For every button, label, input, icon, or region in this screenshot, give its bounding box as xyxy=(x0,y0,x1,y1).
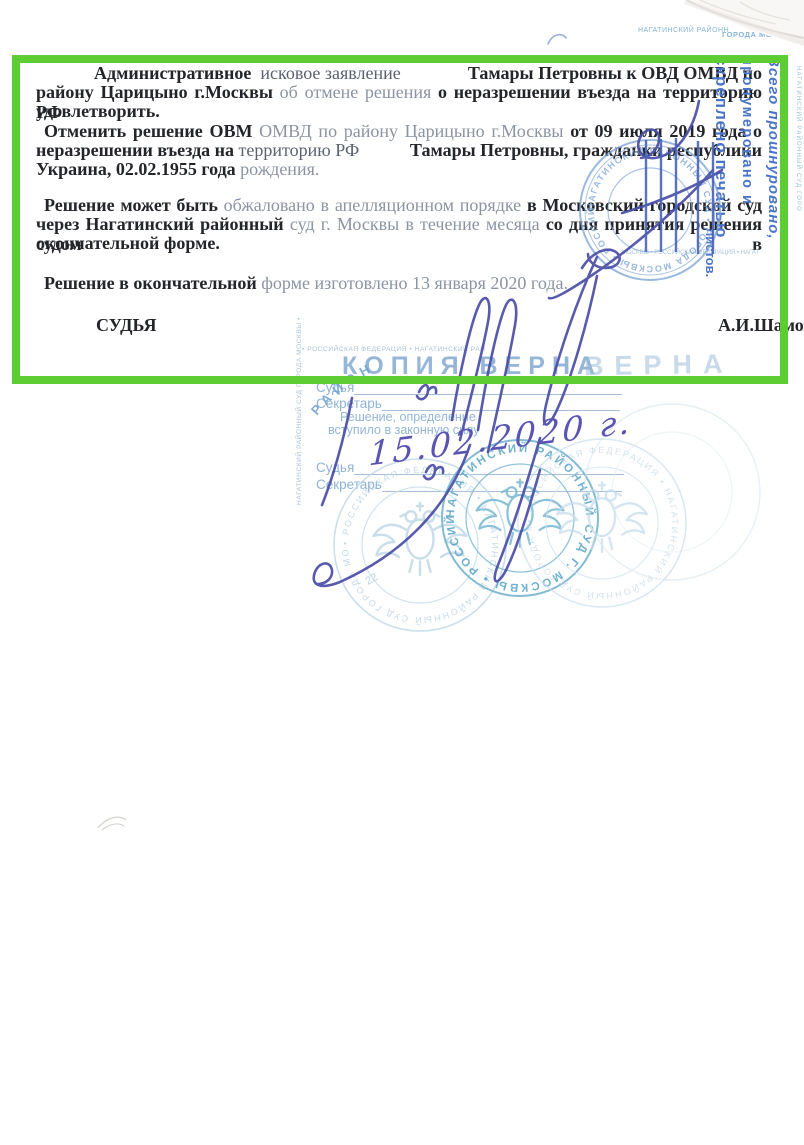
text-segment: Отменить решение ОВМ xyxy=(44,121,252,141)
binding-stamp-line: пронумеровано и xyxy=(734,56,760,271)
judge-signature-row: СУДЬЯ А.И.Шамова xyxy=(36,315,804,335)
binding-stamp-sheets-label: листов. xyxy=(703,228,718,277)
appeal-line-1: Решение может быть обжаловано в апелляци… xyxy=(36,195,762,215)
secretary-field-label: Секретарь xyxy=(316,477,382,492)
copy-stamp-judge-row-2: Судья xyxy=(316,460,624,475)
decision-line-3: удовлетворить. xyxy=(36,101,762,121)
text-segment: через Нагатинский районный xyxy=(36,214,284,234)
text-segment: суд г. Москвы в течение месяца xyxy=(290,214,540,234)
copy-stamp-header-echo: ВЕРНА xyxy=(584,349,734,383)
text-segment: Решение в окончательной xyxy=(44,273,257,293)
text-segment: Украина, 02.02.1955 года xyxy=(36,159,236,179)
text-segment: об отмене решения xyxy=(280,82,438,102)
secretary-field-label: Секретарь xyxy=(316,396,382,411)
text-segment: окончательной форме. xyxy=(36,233,220,253)
pencil-smudge xyxy=(98,817,126,830)
text-segment: рождения. xyxy=(240,159,319,179)
judge-field-label: Судья xyxy=(316,380,354,395)
judge-label: СУДЬЯ xyxy=(96,315,156,335)
decision-line-1: Административное исковое заявление Тамар… xyxy=(36,63,762,83)
text-segment: Административное xyxy=(94,63,251,83)
text-segment: району Царицыно г.Москвы xyxy=(36,82,273,102)
text-segment: территорию РФ xyxy=(239,140,360,160)
text-segment: удовлетворить. xyxy=(36,101,160,121)
text-segment: обжаловано в апелляционном порядке xyxy=(224,195,522,215)
final-form-line: Решение в окончательной форме изготовлен… xyxy=(36,273,770,293)
binding-stamp-line: Всего прошнуровано, xyxy=(760,56,786,271)
text-segment: форме изготовлено 13 января 2020 года. xyxy=(261,273,568,293)
text-segment: исковое заявление xyxy=(260,63,400,83)
text-segment: ОМВД по району Царицыно г.Москвы xyxy=(259,121,563,141)
text-segment: Решение может быть xyxy=(44,195,218,215)
judge-field-label: Судья xyxy=(316,460,354,475)
decision-line-4: Отменить решение ОВМ ОМВД по району Цари… xyxy=(36,121,762,141)
copy-stamp-secretary-row-2: Секретарь xyxy=(316,477,622,492)
text-segment: в xyxy=(527,195,537,215)
seal-number: 22 xyxy=(364,571,381,588)
copy-stamp-judge-row-1: Судья xyxy=(316,380,622,395)
copy-stamp-decision-text-1: Решение, определение xyxy=(340,410,476,424)
text-segment: неразрешении въезда на xyxy=(36,140,234,160)
seal-fragment-top-right: ГОРОДА МОСКВЫ • xyxy=(722,30,803,39)
edge-stamp-fragment-vertical: НАГАТИНСКИЙ РАЙОННЫЙ СУД ГОРО xyxy=(795,66,801,212)
signature-line xyxy=(382,478,622,492)
copy-stamp-frame-left-text: НАГАТИНСКИЙ РАЙОННЫЙ СУД ГОРОДА МОСКВЫ • xyxy=(296,317,303,505)
copy-stamp-header: КОПИЯ ВЕРНА xyxy=(342,352,602,381)
signature-line xyxy=(354,381,622,395)
judge-name: А.И.Шамова xyxy=(718,315,804,335)
decision-line-5: неразрешении въезда на территорию РФ Там… xyxy=(36,140,762,160)
seal-fragment-top-left: НАГАТИНСКИЙ РАЙОНН xyxy=(638,27,729,34)
scanned-court-document-page: Административное исковое заявление Тамар… xyxy=(0,0,804,1145)
binding-stamp: Всего прошнуровано, пронумеровано и скре… xyxy=(708,56,786,271)
decision-line-6: Украина, 02.02.1955 года рождения. xyxy=(36,159,762,179)
